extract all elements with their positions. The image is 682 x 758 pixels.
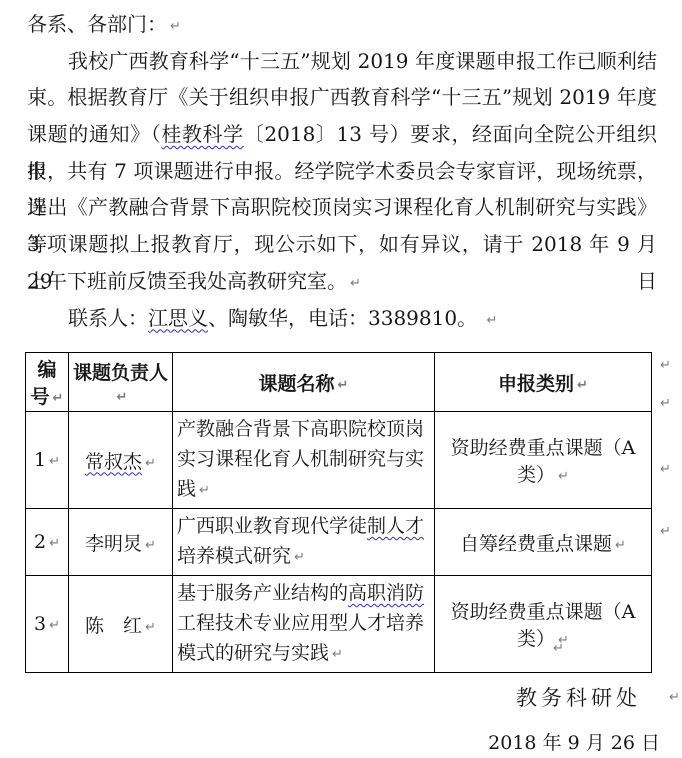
header-leader: 课题负责人↵ [69, 353, 173, 412]
cell-leader: 李明炅↵ [69, 509, 173, 576]
table-row: 1↵ 常叔杰↵ 产教融合背景下高职院校顶岗实习课程化育人机制研究与实践↵ 资助经… [26, 412, 652, 509]
row-end-return-mark-icon: ↵ [660, 524, 671, 539]
cell-text: 工程技术专业应用型人才培养模式的研究与实践 [177, 612, 424, 664]
line-text: 束。根据教育厅《关于组织申报广西教育科学“十三五”规划 2019 年度 [27, 85, 657, 109]
line-text: 我校广西教育科学“十三五”规划 2019 年度课题申报工作已顺利结 [68, 49, 657, 73]
paragraph-line: 我校广西教育科学“十三五”规划 2019 年度课题申报工作已顺利结 [27, 43, 657, 80]
return-mark-icon: ↵ [332, 647, 343, 662]
body-text: 各系、各部门：↵ 我校广西教育科学“十三五”规划 2019 年度课题申报工作已顺… [27, 6, 657, 336]
return-mark-icon: ↵ [49, 536, 60, 551]
paragraph-line: 报，共有 7 项课题进行申报。经学院学术委员会专家盲评，现场统票，评 [27, 153, 657, 190]
cell-category: 资助经费重点课题（A 类）↵ [435, 576, 652, 673]
spellcheck-underline-text: 常叔杰 [85, 451, 142, 473]
row-end-return-mark-icon: ↵ [660, 462, 671, 477]
cell-text: 广西职业教育现代学徒 [177, 515, 367, 537]
cell-text: 产教融合背景下高职院校顶岗实习课程化育人机制研究与实践 [177, 418, 424, 500]
cell-title: 基于服务产业结构的高职消防工程技术专业应用型人才培养模式的研究与实践↵ [173, 576, 435, 673]
line-text: 联系人： [68, 306, 148, 330]
return-mark-icon: ↵ [338, 378, 349, 393]
cell-category: 资助经费重点课题（A 类）↵ [435, 412, 652, 509]
cell-title: 广西职业教育现代学徒制人才培养模式研究↵ [173, 509, 435, 576]
table-header-row: 编号↵ 课题负责人↵ 课题名称↵ 申报类别↵ [26, 353, 652, 412]
line-text: 上午下班前反馈至我处高教研究室。 [27, 269, 347, 293]
cell-text: 资助经费重点课题（A 类） [451, 437, 636, 486]
table-row: 2↵ 李明炅↵ 广西职业教育现代学徒制人才培养模式研究↵ 自筹经费重点课题↵ [26, 509, 652, 576]
return-mark-icon: ↵ [117, 390, 128, 405]
cell-leader: 常叔杰↵ [69, 412, 173, 509]
cell-no: 3↵ [26, 576, 69, 673]
return-mark-icon: ↵ [615, 538, 626, 553]
return-mark-icon: ↵ [53, 391, 64, 406]
cell-text: 1 [34, 449, 46, 471]
signature-department: 教务科研处 [516, 682, 641, 712]
paragraph-line: 束。根据教育厅《关于组织申报广西教育科学“十三五”规划 2019 年度 [27, 79, 657, 116]
return-mark-icon: ↵ [669, 690, 680, 705]
spellcheck-underline-text: 高职消防 [348, 582, 424, 604]
header-text: 申报类别 [498, 373, 574, 395]
return-mark-icon: ↵ [49, 618, 60, 633]
return-mark-icon: ↵ [145, 620, 156, 635]
cell-category: 自筹经费重点课题↵ [435, 509, 652, 576]
header-category: 申报类别↵ [435, 353, 652, 412]
row-end-return-mark-icon: ↵ [660, 358, 671, 373]
return-mark-icon: ↵ [350, 276, 361, 291]
spellcheck-underline-text: 江思义 [148, 306, 208, 330]
line-text: 课题的通知》（ [27, 122, 161, 146]
return-mark-icon: ↵ [577, 378, 588, 393]
header-text: 课题负责人 [73, 362, 168, 384]
header-text: 课题名称 [259, 373, 335, 395]
spellcheck-underline-text: 桂教科学 [161, 122, 243, 146]
cell-no: 2↵ [26, 509, 69, 576]
cell-text: 自筹经费重点课题 [460, 533, 612, 555]
salutation-line: 各系、各部门：↵ [27, 6, 657, 43]
paragraph-line: 课题的通知》（桂教科学〔2018〕13 号）要求，经面向全院公开组织申 [27, 116, 657, 153]
return-mark-icon: ↵ [170, 19, 181, 34]
line-text: 、陶敏华，电话：3389810。 [208, 306, 483, 330]
cell-text: 资助经费重点课题（A 类） [451, 601, 636, 650]
cell-text: 2 [34, 531, 46, 553]
row-end-return-mark-icon: ↵ [660, 396, 671, 411]
cell-text: 3 [34, 613, 46, 635]
results-table-wrap: 编号↵ 课题负责人↵ 课题名称↵ 申报类别↵ 1↵ 常叔杰↵ 产教融合背景下高职… [25, 352, 651, 673]
return-mark-icon: ↵ [145, 538, 156, 553]
paragraph-line: 3 项课题拟上报教育厅，现公示如下，如有异议，请于 2018 年 9 月 29 … [27, 226, 657, 263]
return-mark-icon: ↵ [486, 313, 497, 328]
notice-document: 各系、各部门：↵ 我校广西教育科学“十三五”规划 2019 年度课题申报工作已顺… [0, 0, 682, 758]
contact-line: 联系人：江思义、陶敏华，电话：3389810。 ↵ [27, 300, 657, 337]
return-mark-icon: ↵ [49, 454, 60, 469]
salutation-text: 各系、各部门： [27, 12, 167, 36]
cell-title: 产教融合背景下高职院校顶岗实习课程化育人机制研究与实践↵ [173, 412, 435, 509]
cell-no: 1↵ [26, 412, 69, 509]
return-mark-icon: ↵ [558, 469, 569, 484]
signature-date: 2018 年 9 月 26 日 [488, 728, 660, 755]
cell-leader: 陈 红↵ [69, 576, 173, 673]
cell-text: 陈 红 [85, 615, 142, 637]
empty-line-return-mark-icon: ↵ [553, 641, 564, 656]
paragraph-line: 选出《产教融合背景下高职院校顶岗实习课程化育人机制研究与实践》等 [27, 189, 657, 226]
return-mark-icon: ↵ [199, 483, 210, 498]
cell-text: 基于服务产业结构的 [177, 582, 348, 604]
cell-text: 培养模式研究 [177, 545, 291, 567]
cell-text: 李明炅 [85, 533, 142, 555]
return-mark-icon: ↵ [145, 456, 156, 471]
return-mark-icon: ↵ [294, 550, 305, 565]
results-table: 编号↵ 课题负责人↵ 课题名称↵ 申报类别↵ 1↵ 常叔杰↵ 产教融合背景下高职… [25, 352, 652, 673]
table-row: 3↵ 陈 红↵ 基于服务产业结构的高职消防工程技术专业应用型人才培养模式的研究与… [26, 576, 652, 673]
header-title: 课题名称↵ [173, 353, 435, 412]
header-no: 编号↵ [26, 353, 69, 412]
spellcheck-underline-text: 制人才 [367, 515, 424, 537]
